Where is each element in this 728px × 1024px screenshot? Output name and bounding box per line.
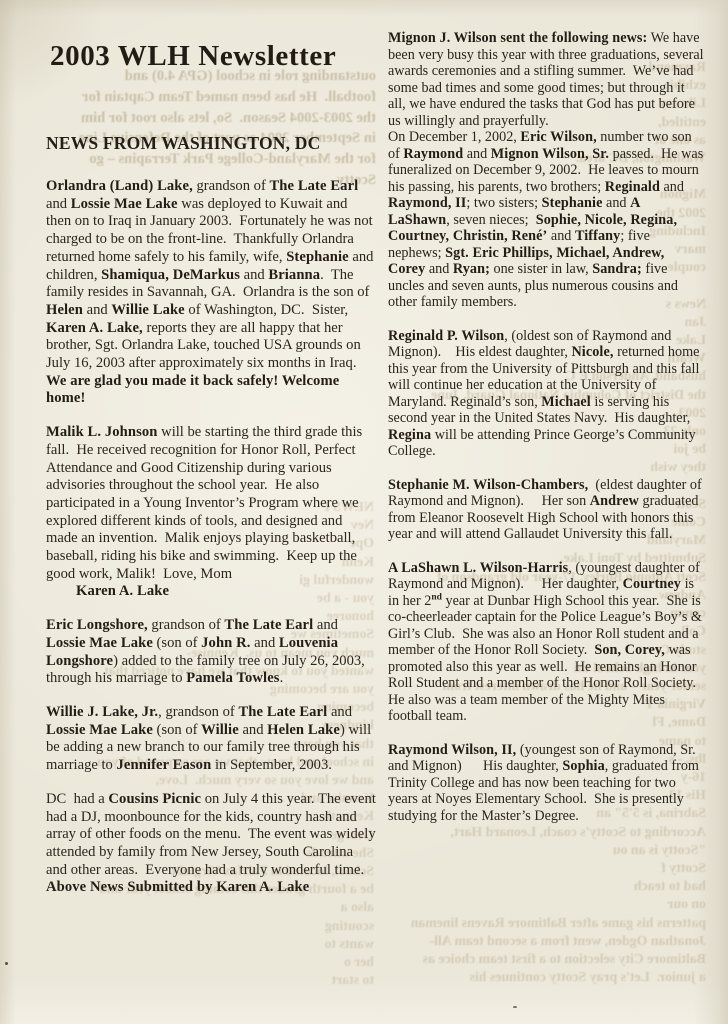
bold-text-run: Raymond, II (388, 195, 466, 211)
text-run: and (602, 195, 630, 211)
left-column-paragraphs: Orlandra (Land) Lake, grandson of The La… (46, 178, 376, 897)
bold-text-run: Willie J. Lake, Jr. (46, 704, 158, 720)
text-run: and (240, 267, 268, 283)
bleedthrough-line: had to teach (388, 877, 706, 895)
newsletter-title: 2003 WLH Newsletter (50, 40, 376, 73)
bold-text-run: Raymond (403, 146, 463, 162)
bleedthrough-line: her o (42, 953, 374, 971)
bold-text-run: Karen A. Lake, (46, 320, 143, 336)
bleedthrough-line: scouting (42, 917, 374, 935)
text-run: in September, 2003. (211, 757, 332, 773)
bold-text-run: Lossie Mae Lake (71, 196, 178, 212)
bold-text-run: John R. (201, 635, 250, 651)
text-run: (son of (153, 722, 201, 738)
reginald-wilson-news: Reginald P. Wilson, (oldest son of Raymo… (388, 328, 704, 460)
scan-speck (5, 962, 8, 965)
bold-text-run: Eric Wilson, (520, 129, 596, 145)
eric-longshore-marriage: Eric Longshore, grandson of The Late Ear… (46, 617, 376, 688)
bold-text-run: A LaShawn L. Wilson-Harris (388, 560, 568, 576)
bold-text-run: Mignon Wilson, Sr. (491, 146, 609, 162)
bold-text-run: Stephanie M. Wilson-Chambers, (388, 477, 588, 493)
bold-text-run: Willie (201, 722, 239, 738)
bold-text-run: Brianna (268, 267, 320, 283)
bleedthrough-line: Baltimore City selection to a first team… (388, 950, 706, 968)
stephanie-wilson-chambers-news: Stephanie M. Wilson-Chambers, (eldest da… (388, 477, 704, 543)
bold-text-run: Eric Longshore, (46, 617, 148, 633)
text-run: and (425, 261, 453, 277)
bleedthrough-line: a junior. Let's pray Scotty continues hi… (388, 968, 706, 986)
bold-text-run: Orlandra (Land) Lake, (46, 178, 193, 194)
bold-text-run: Stephanie (542, 195, 603, 211)
scan-speck (513, 1006, 517, 1008)
bold-text-run: Reginald P. Wilson (388, 328, 504, 344)
superscript-text-run: nd (431, 592, 442, 602)
bold-text-run: Helen (46, 302, 83, 318)
orlandra-lake-news: Orlandra (Land) Lake, grandson of The La… (46, 178, 376, 408)
bold-text-run: Andrew (590, 493, 639, 509)
willie-lake-jr-marriage: Willie J. Lake, Jr., grandson of The Lat… (46, 704, 376, 775)
bold-text-run: Jennifer Eason (117, 757, 212, 773)
text-run: and (547, 228, 575, 244)
bleedthrough-line: on our (388, 895, 706, 913)
bold-text-run: Shamiqua, DeMarkus (101, 267, 240, 283)
text-run: one sister in law, (490, 261, 592, 277)
bleedthrough-line: "Scotty is an ou (388, 841, 706, 859)
text-run: . (280, 670, 284, 686)
right-column: Mignon J. Wilson sent the following news… (388, 30, 704, 841)
text-run: DC had a (46, 791, 108, 807)
section-heading-news-from-washington-dc: NEWS FROM WASHINGTON, DC (46, 133, 376, 154)
bleedthrough-line: wants to (42, 935, 374, 953)
bold-text-run: Michael (541, 394, 591, 410)
text-run: On December 1, 2002, (388, 129, 520, 145)
cousins-picnic-news: DC had a Cousins Picnic on July 4 this y… (46, 791, 376, 897)
text-run: and (83, 302, 111, 318)
text-run: grandson of (148, 617, 225, 633)
text-run: (son of (153, 635, 201, 651)
mignon-wilson-news: Mignon J. Wilson sent the following news… (388, 30, 704, 311)
bold-text-run: Ryan; (453, 261, 490, 277)
bold-text-run: Courtney (623, 576, 681, 592)
text-run: and (251, 635, 279, 651)
text-run: , grandson of (158, 704, 238, 720)
bold-text-run: Nicole, (571, 344, 613, 360)
bold-text-run: Son, Corey, (594, 642, 665, 658)
text-run: grandson of (193, 178, 270, 194)
bold-text-run: Karen A. Lake (76, 583, 169, 599)
bold-text-run: We are glad you made it back safely! Wel… (46, 373, 343, 407)
bold-text-run: Pamela Towles (186, 670, 279, 686)
scanned-newsletter-page: outstanding role in school (GPA 4.0) and… (0, 0, 728, 1024)
malik-johnson-news: Malik L. Johnson will be starting the th… (46, 424, 376, 583)
bleedthrough-line: Jonathan Ogden, went from a second team … (388, 932, 706, 950)
text-run: ; two sisters; (466, 195, 541, 211)
bold-text-run: Helen Lake (267, 722, 340, 738)
bold-text-run: Cousins Picnic (108, 791, 201, 807)
text-run: and (313, 617, 341, 633)
bold-text-run: Malik L. Johnson (46, 424, 158, 440)
bold-text-run: The Late Earl (238, 704, 327, 720)
text-run: will be starting the third grade this fa… (46, 424, 366, 582)
text-run: , seven nieces; (446, 212, 535, 228)
raymond-wilson-ii-news: Raymond Wilson, II, (youngest son of Ray… (388, 742, 704, 825)
bold-text-run: Tiffany (575, 228, 620, 244)
bold-text-run: Raymond Wilson, II, (388, 742, 516, 758)
bleedthrough-line: Scotty f (388, 859, 706, 877)
karen-a-lake-signature: Karen A. Lake (46, 583, 376, 601)
text-run: will be attending Prince George’s Commun… (388, 427, 699, 460)
bold-text-run: Mignon J. Wilson sent the following news… (388, 30, 647, 46)
text-run: of Washington, DC. Sister, (185, 302, 352, 318)
bold-text-run: The Late Earl (269, 178, 358, 194)
bold-text-run: Stephanie (286, 249, 349, 265)
bold-text-run: Sophia (562, 758, 604, 774)
lashawn-wilson-harris-news: A LaShawn L. Wilson-Harris, (youngest da… (388, 560, 704, 725)
text-run: and (239, 722, 267, 738)
bold-text-run: Sandra; (592, 261, 642, 277)
left-column: 2003 WLH Newsletter NEWS FROM WASHINGTON… (46, 40, 376, 913)
bleedthrough-line: patterns his game after Baltimore Ravens… (388, 914, 706, 932)
text-run: and (660, 179, 688, 195)
bold-text-run: Lossie Mae Lake (46, 722, 153, 738)
bold-text-run: Regina (388, 427, 431, 443)
bleedthrough-line: to start (42, 971, 374, 989)
text-run: and (463, 146, 491, 162)
bold-text-run: Lossie Mae Lake (46, 635, 153, 651)
bold-text-run: Above News Submitted by Karen A. Lake (46, 879, 309, 895)
bold-text-run: Willie Lake (111, 302, 184, 318)
text-run: and (327, 704, 355, 720)
bold-text-run: The Late Earl (224, 617, 313, 633)
bold-text-run: Reginald (605, 179, 660, 195)
